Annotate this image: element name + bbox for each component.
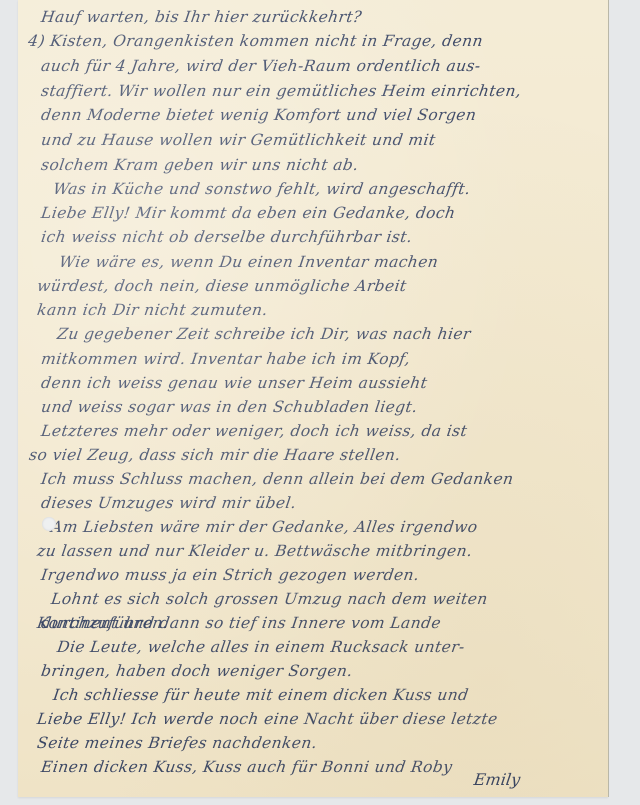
letter-line: Was in Küche und sonstwo fehlt, wird ang…	[52, 180, 472, 198]
letter-line: würdest, doch nein, diese unmögliche Arb…	[36, 277, 408, 295]
letter-line: Am Liebsten wäre mir der Gedanke, Alles …	[50, 518, 479, 536]
letter-line: Lohnt es sich solch grossen Umzug nach d…	[50, 590, 489, 608]
letter-line: Liebe Elly! Ich werde noch eine Nacht üb…	[36, 710, 499, 728]
letter-line: denn ich weiss genau wie unser Heim auss…	[40, 374, 429, 392]
letter-line: Ich muss Schluss machen, denn allein bei…	[40, 470, 515, 488]
letter-paper: Hauf warten, bis Ihr hier zurückkehrt?4)…	[18, 0, 608, 797]
letter-line: durchzuführen.	[40, 614, 169, 632]
letter-line: 4) Kisten, Orangenkisten kommen nicht in…	[27, 32, 484, 50]
letter-line: dieses Umzuges wird mir übel.	[40, 494, 298, 512]
letter-line: Irgendwo muss ja ein Strich gezogen werd…	[40, 566, 421, 584]
letter-line: Einen dicken Kuss, Kuss auch für Bonni u…	[40, 758, 454, 776]
letter-line: Die Leute, welche alles in einem Rucksac…	[56, 638, 466, 656]
letter-line: Letzteres mehr oder weniger, doch ich we…	[40, 422, 468, 440]
punch-hole	[42, 517, 56, 531]
letter-line: auch für 4 Jahre, wird der Vieh-Raum ord…	[40, 57, 482, 75]
letter-line: Wie wäre es, wenn Du einen Inventar mach…	[58, 253, 439, 271]
letter-line: und weiss sogar was in den Schubladen li…	[40, 398, 419, 416]
letter-line: so viel Zeug, dass sich mir die Haare st…	[28, 446, 402, 464]
letter-line: zu lassen und nur Kleider u. Bettwäsche …	[36, 542, 474, 560]
letter-line: Hauf warten, bis Ihr hier zurückkehrt?	[40, 8, 363, 26]
letter-line: Seite meines Briefes nachdenken.	[36, 734, 318, 752]
letter-line: kann ich Dir nicht zumuten.	[36, 301, 269, 319]
letter-line: mitkommen wird. Inventar habe ich im Kop…	[40, 350, 412, 368]
signature: Emily	[473, 770, 522, 789]
letter-line: bringen, haben doch weniger Sorgen.	[40, 662, 354, 680]
letter-line: Zu gegebener Zeit schreibe ich Dir, was …	[56, 325, 472, 343]
letter-line: ich weiss nicht ob derselbe durchführbar…	[40, 228, 414, 246]
letter-line: denn Moderne bietet wenig Komfort und vi…	[40, 106, 478, 124]
letter-line: staffiert. Wir wollen nur ein gemütliche…	[40, 82, 523, 100]
letter-line: Ich schliesse für heute mit einem dicken…	[52, 686, 470, 704]
letter-line: Liebe Elly! Mir kommt da eben ein Gedank…	[40, 204, 457, 222]
letter-line: solchem Kram geben wir uns nicht ab.	[40, 156, 360, 174]
letter-line: und zu Hause wollen wir Gemütlichkeit un…	[40, 131, 437, 149]
